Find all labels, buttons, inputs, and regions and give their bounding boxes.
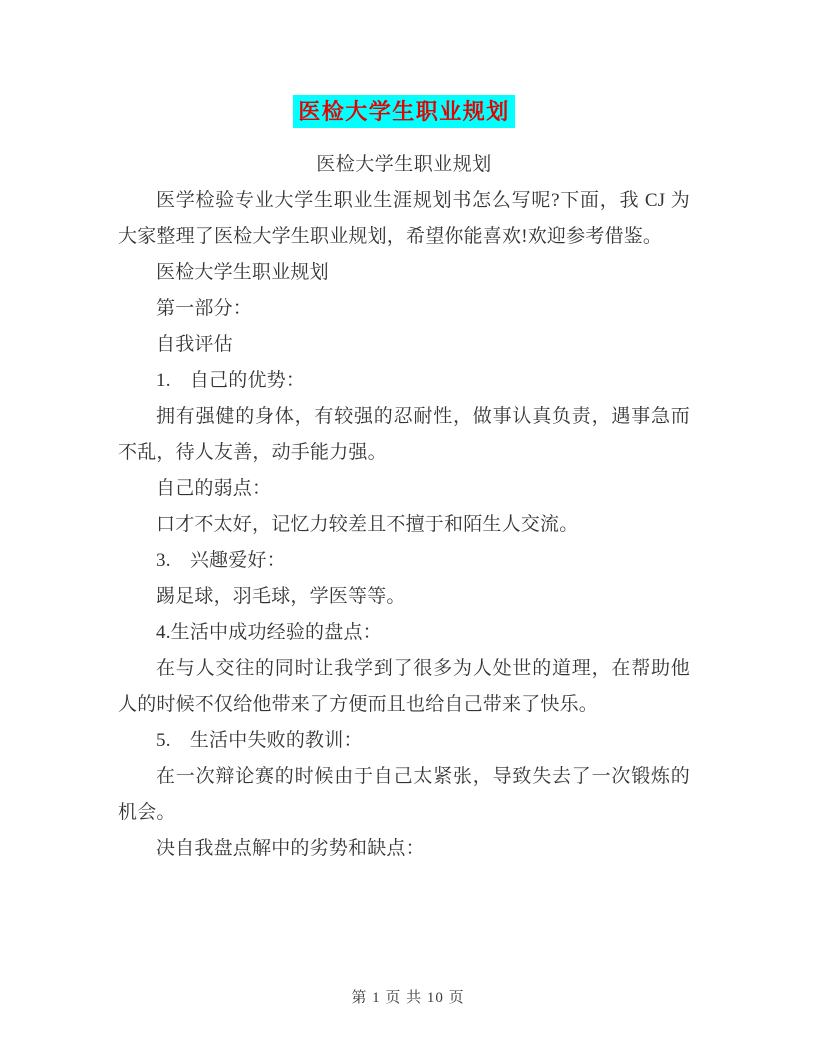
paragraph: 在一次辩论赛的时候由于自己太紧张，导致失去了一次锻炼的机会。 (118, 759, 690, 831)
paragraph: 3. 兴趣爱好： (118, 543, 690, 579)
title-highlight: 医检大学生职业规划 (293, 95, 515, 128)
paragraph: 在与人交往的同时让我学到了很多为人处世的道理，在帮助他人的时候不仅给他带来了方便… (118, 651, 690, 723)
paragraph: 自我评估 (118, 327, 690, 363)
paragraph: 第一部分： (118, 291, 690, 327)
paragraph: 4.生活中成功经验的盘点： (118, 615, 690, 651)
document-content: 医检大学生职业规划 医检大学生职业规划 医学检验专业大学生职业生涯规划书怎么写呢… (118, 95, 690, 867)
paragraph: 1. 自己的优势： (118, 363, 690, 399)
paragraph: 医学检验专业大学生职业生涯规划书怎么写呢?下面，我 CJ 为大家整理了医检大学生… (118, 183, 690, 255)
paragraph: 决自我盘点解中的劣势和缺点： (118, 831, 690, 867)
paragraph: 医检大学生职业规划 (118, 255, 690, 291)
paragraph: 5. 生活中失败的教训： (118, 723, 690, 759)
paragraph-list: 医学检验专业大学生职业生涯规划书怎么写呢?下面，我 CJ 为大家整理了医检大学生… (118, 183, 690, 867)
document-page: 医检大学生职业规划 医检大学生职业规划 医学检验专业大学生职业生涯规划书怎么写呢… (0, 0, 816, 1056)
page-footer: 第 1 页 共 10 页 (0, 986, 816, 1007)
paragraph: 口才不太好，记忆力较差且不擅于和陌生人交流。 (118, 507, 690, 543)
paragraph: 自己的弱点： (118, 471, 690, 507)
paragraph: 踢足球，羽毛球，学医等等。 (118, 579, 690, 615)
document-title: 医检大学生职业规划 (118, 95, 690, 128)
document-body: 医检大学生职业规划 医学检验专业大学生职业生涯规划书怎么写呢?下面，我 CJ 为… (118, 147, 690, 867)
document-subtitle: 医检大学生职业规划 (118, 147, 690, 183)
paragraph: 拥有强健的身体，有较强的忍耐性，做事认真负责，遇事急而不乱，待人友善，动手能力强… (118, 399, 690, 471)
page-number: 第 1 页 共 10 页 (351, 990, 464, 1006)
